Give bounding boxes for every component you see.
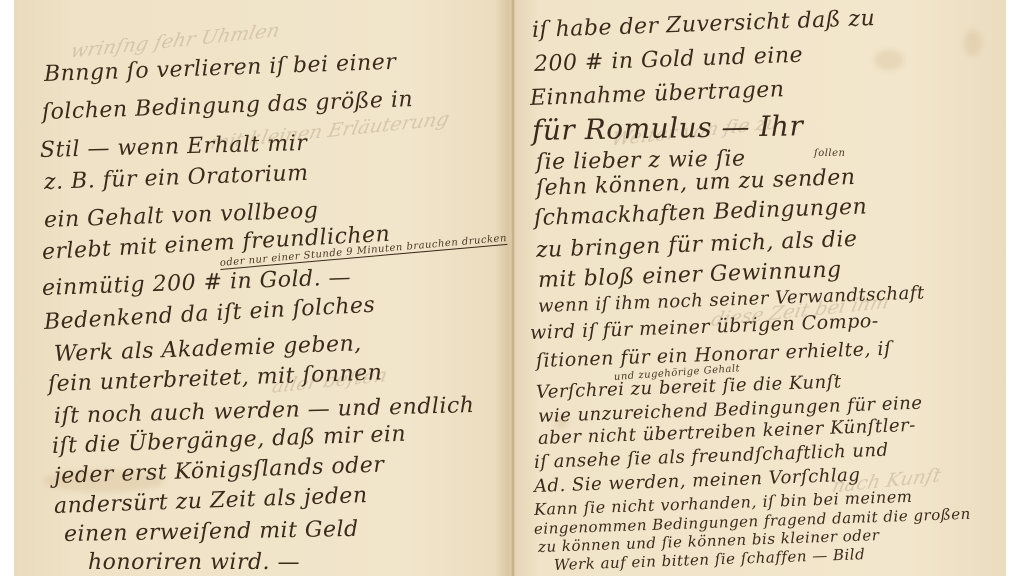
handwritten-line: 200 # in Gold und eine — [534, 43, 804, 77]
handwritten-line: einen erweiſend mit Geld — [64, 517, 359, 547]
interlinear-note: ſollen — [814, 148, 845, 159]
right-page: iſ habe der Zuversicht daß zu 200 # in G… — [514, 0, 1006, 576]
handwritten-line: für Romulus — Ihr — [532, 109, 804, 147]
handwritten-line: Stil — wenn Erhalt mir — [40, 131, 308, 163]
handwritten-line: z. B. für ein Oratorium — [44, 161, 309, 195]
handwritten-line: honoriren wird. — — [88, 550, 300, 575]
handwritten-line: iſ habe der Zuversicht daß zu — [532, 6, 876, 43]
left-page: Bnngn ſo verlieren iſ bei einer ſolchen … — [14, 0, 512, 576]
handwritten-line: Bnngn ſo verlieren iſ bei einer — [44, 50, 397, 87]
manuscript-spread: wrinſng ſehr Uhmlen mit kleinen Erläuter… — [14, 0, 1006, 576]
handwritten-line: Einnahme übertragen — [530, 77, 785, 111]
handwritten-line: ſein unterbreitet, mit ſonnen — [48, 360, 383, 397]
handwritten-line: ſchmackhaften Bedingungen — [534, 194, 868, 231]
handwritten-line: ſolchen Bedingung das größe in — [42, 87, 414, 125]
handwritten-line: andersürt zu Zeit als jeden — [54, 483, 368, 519]
handwritten-line: iſt noch auch werden — und endlich — [54, 393, 475, 429]
